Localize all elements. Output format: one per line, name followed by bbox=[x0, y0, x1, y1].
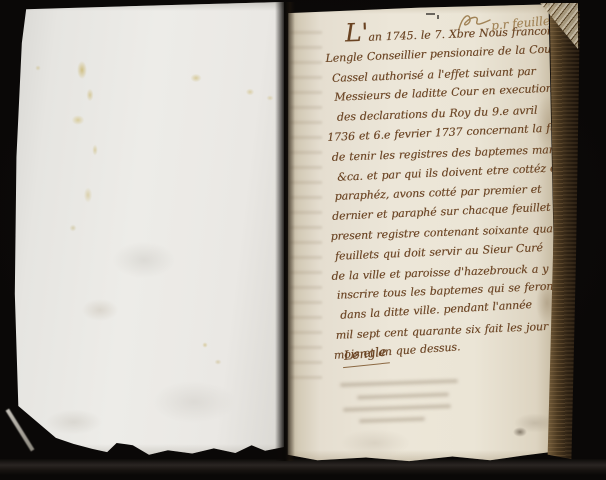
right-manuscript-page: p.r feuillet L'an 1745. le 7. Xbre Nous … bbox=[285, 3, 555, 463]
signature: Lengle bbox=[341, 341, 390, 367]
book-gutter bbox=[275, 2, 295, 461]
pencil-mark bbox=[426, 13, 435, 15]
left-blank-page bbox=[14, 2, 284, 458]
photo-backdrop: p.r feuillet L'an 1745. le 7. Xbre Nous … bbox=[0, 0, 606, 480]
foxing-stains bbox=[14, 2, 284, 458]
pencil-mark bbox=[437, 15, 439, 19]
manuscript-text: L'an 1745. le 7. Xbre Nous francois Leng… bbox=[325, 24, 551, 381]
backdrop-shelf-edge bbox=[0, 459, 606, 475]
